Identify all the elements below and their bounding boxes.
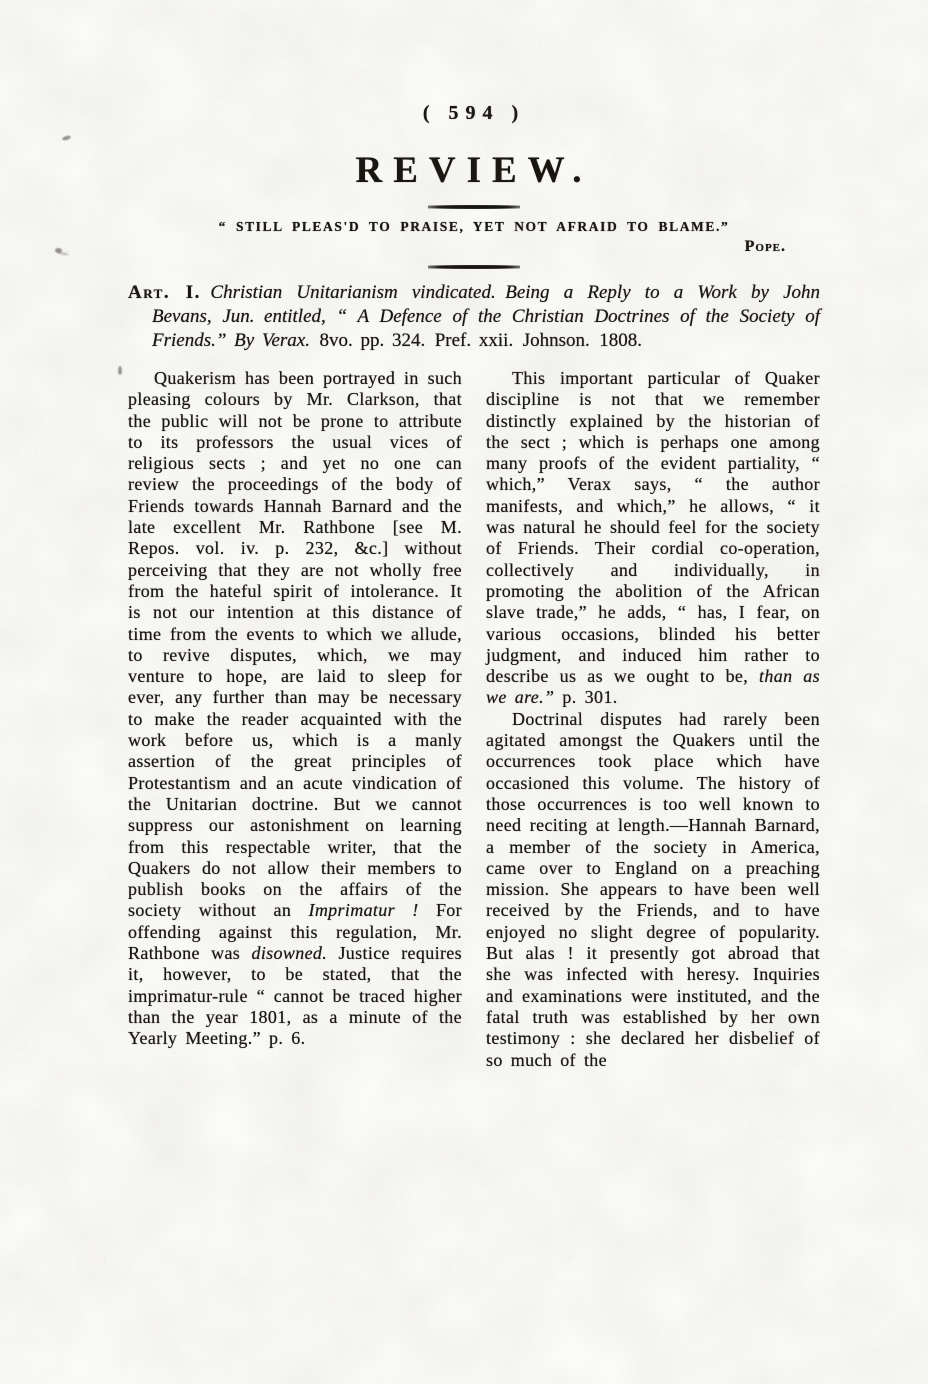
scan-smudge: [118, 366, 122, 375]
scan-smudge: [62, 135, 72, 142]
heading-segment: 8vo. pp. 324. Pref. xxii. Johnson. 1808.: [310, 330, 642, 351]
epigraph-attribution: Pope.: [128, 238, 820, 256]
scanned-page: ( 594 ) REVIEW. “ STILL PLEAS'D TO PRAIS…: [128, 102, 820, 1071]
text-column-left: Quakerism has been portrayed in such ple…: [128, 368, 462, 1071]
divider-rule: [428, 205, 520, 209]
paragraph-text: Quakerism has been portrayed in such ple…: [128, 368, 462, 920]
paragraph-text: This important particular of Quaker disc…: [486, 368, 820, 686]
divider-rule: [428, 265, 520, 269]
body-paragraph: Doctrinal disputes had rarely been agita…: [486, 709, 820, 1071]
text-column-right: This important particular of Quaker disc…: [486, 368, 820, 1071]
body-columns: Quakerism has been portrayed in such ple…: [128, 368, 820, 1071]
scan-smudge: [57, 251, 69, 256]
paragraph-text: p. 301.: [554, 687, 617, 707]
paragraph-text: Doctrinal disputes had rarely been agita…: [486, 709, 820, 1070]
heading-segment: Art. I.: [128, 282, 201, 303]
page-number: ( 594 ): [128, 102, 820, 125]
body-paragraph: This important particular of Quaker disc…: [486, 368, 820, 709]
heading-segment: [201, 282, 211, 303]
section-title: REVIEW.: [128, 149, 820, 192]
epigraph-quote: “ STILL PLEAS'D TO PRAISE, YET NOT AFRAI…: [128, 219, 820, 235]
article-heading: Art. I. Christian Unitarianism vindicate…: [128, 281, 820, 353]
emphasized-text: disowned.: [251, 943, 327, 963]
emphasized-text: Imprimatur !: [308, 900, 418, 920]
body-paragraph: Quakerism has been portrayed in such ple…: [128, 368, 462, 1050]
